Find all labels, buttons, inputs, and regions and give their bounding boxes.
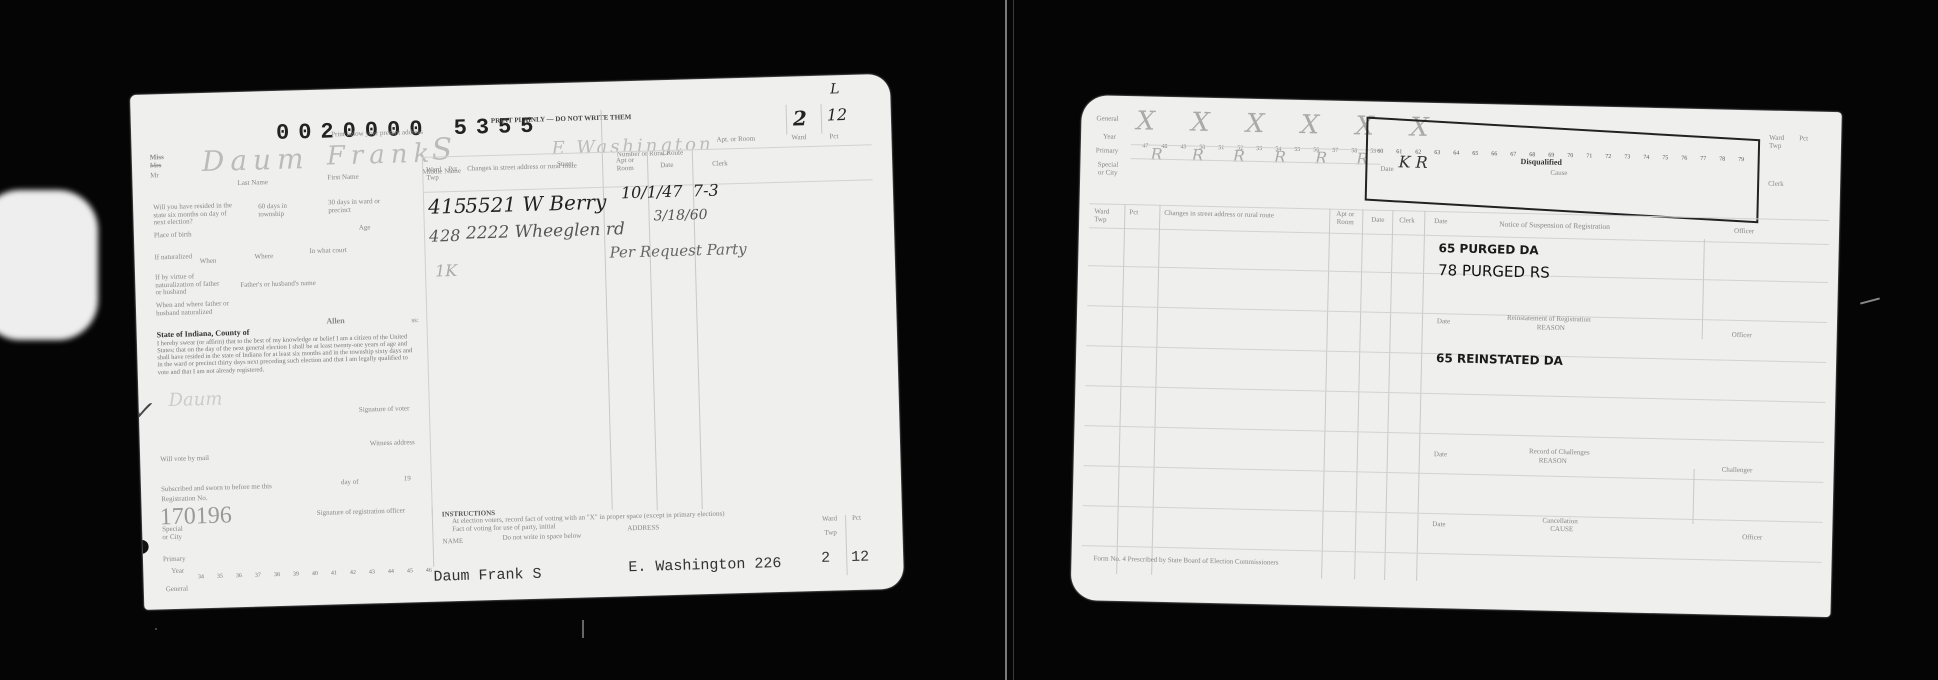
divider	[821, 104, 823, 134]
registration-card-front: 0020000 5355 PRINT PLAINLY — DO NOT WRIT…	[130, 74, 904, 610]
change-row-3-clerk: Per Request Party	[609, 240, 747, 262]
footer-pct-label: Pct	[852, 515, 861, 523]
township-residence-question: 60 days in township	[258, 202, 308, 219]
last-name-label: Last Name	[237, 179, 268, 188]
salutation-mrs: Mrs	[150, 162, 161, 170]
change-row-1-ward: 4	[428, 194, 441, 218]
primary-row-label: Primary	[1096, 147, 1119, 155]
row-divider	[1085, 385, 1825, 403]
state-residence-question: Will you have resided in the state six m…	[153, 202, 234, 227]
ward-label: Ward	[791, 134, 806, 142]
when-label: When	[200, 258, 217, 266]
back-header-date: Date	[1371, 217, 1384, 225]
stamp-reinstated-1965: 65 REINSTATED DA	[1436, 351, 1563, 368]
disqualified-marks: K R	[1398, 152, 1428, 172]
changes-header-clerk: Clerk	[712, 160, 728, 168]
changes-header-pct: Pct	[448, 166, 457, 174]
year-cell: 74	[1637, 155, 1656, 161]
cancellation-cause-label: CAUSE	[1550, 526, 1573, 534]
registration-card-back: General Year Primary Special or City X X…	[1071, 95, 1842, 617]
year-prefix: 19	[404, 475, 411, 483]
typed-ward: 2	[821, 550, 830, 567]
disqualified-label: Disqualified	[1521, 157, 1563, 167]
year-cell: 44	[381, 569, 400, 576]
year-row: 34353637383940414243444546	[191, 559, 438, 584]
address-label: ADDRESS	[627, 524, 659, 533]
film-scratch	[582, 620, 584, 638]
changes-header-apt: Apt or Room	[610, 157, 640, 173]
year-cell: 40	[305, 571, 324, 578]
row-divider	[1084, 465, 1824, 483]
punch-hole	[134, 540, 148, 554]
do-not-write-label: Do not write in space below	[502, 533, 581, 543]
will-vote-label: Will vote by mail	[160, 455, 209, 464]
divider	[432, 507, 435, 567]
suspension-officer-label: Officer	[1734, 228, 1754, 236]
year-cell: 64	[1447, 150, 1466, 156]
corner-check-mark: L	[830, 81, 840, 97]
year-cell: 45	[400, 568, 419, 575]
change-row-1-clerk: 7-3	[693, 181, 719, 201]
column-divider	[647, 151, 658, 511]
stamp-purged-1965: 65 PURGED DA	[1438, 241, 1538, 257]
column-divider	[1692, 469, 1694, 524]
place-of-birth-label: Place of birth	[154, 231, 194, 240]
reinstatement-date-label: Date	[1437, 318, 1450, 326]
change-row-2-address: 2222 Wheeglen rd	[466, 219, 625, 243]
salutation-mr: Mr	[150, 172, 159, 180]
column-divider	[1384, 210, 1393, 580]
reinstatement-reason-label: REASON	[1537, 324, 1565, 332]
witness-address-label: Witness address	[370, 439, 415, 448]
changes-header-date: Date	[660, 162, 673, 170]
middle-initial-handwritten: S	[431, 132, 453, 168]
change-row-1-address: 5521 W Berry	[465, 190, 607, 218]
year-cell: 66	[1485, 151, 1504, 157]
subscribed-label: Subscribed and sworn to before me this	[161, 483, 272, 494]
first-name-label: First Name	[327, 174, 359, 183]
year-cell: 38	[267, 572, 286, 579]
column-divider	[1321, 209, 1330, 579]
apt-label: Apt. or Room	[716, 136, 755, 145]
voter-signature: Daum	[168, 389, 222, 411]
day-of-label: day of	[341, 479, 359, 487]
change-row-2-ward: 4	[429, 226, 440, 245]
challenger-label: Challenger	[1722, 467, 1753, 475]
name-label: NAME	[443, 538, 464, 546]
change-row-1-pct: 15	[441, 194, 467, 219]
county-value: Allen	[326, 317, 344, 326]
ward-twp-label: Ward Twp	[1769, 135, 1789, 151]
clerk-label-back: Clerk	[1768, 181, 1784, 189]
form-footer: Form No. 4 Prescribed by State Board of …	[1093, 555, 1278, 567]
father-name-label: Father's or husband's name	[240, 280, 316, 290]
back-header-pct: Pct	[1129, 209, 1138, 217]
voter-signature-mark: ✓	[130, 396, 153, 427]
when-where-father-label: When and where father or husband natural…	[156, 300, 246, 318]
pct-label-back: Pct	[1799, 135, 1808, 143]
back-header-clerk: Clerk	[1399, 217, 1415, 225]
year-cell: 72	[1599, 154, 1618, 160]
typed-address: E. Washington 226	[628, 555, 781, 576]
footer-twp-label: Twp	[824, 529, 837, 537]
ss-label: ss:	[411, 317, 419, 325]
ward-residence-question: 30 days in ward or precinct	[328, 198, 398, 215]
column-divider	[1416, 211, 1425, 581]
year-label: Year	[171, 568, 184, 576]
where-label: Where	[254, 253, 273, 261]
date-label: Date	[1380, 166, 1393, 174]
back-header-ward: Ward Twp	[1094, 208, 1119, 224]
year-cell: 77	[1694, 156, 1713, 162]
first-name-handwritten: Frank	[326, 139, 435, 172]
suspension-date-label: Date	[1434, 218, 1447, 226]
special-row-label: Special or City	[1095, 161, 1120, 177]
year-cell: 76	[1675, 155, 1694, 161]
change-row-2-date: 3/18/60	[653, 207, 707, 225]
special-city-label: Special or City	[162, 526, 187, 542]
court-label: In what court	[309, 247, 347, 256]
by-virtue-label: If by virtue of naturalization of father…	[155, 273, 221, 298]
row-divider	[1087, 305, 1827, 323]
typed-name: Daum Frank S	[433, 566, 541, 586]
changes-header-ward: Ward Twp	[426, 166, 446, 182]
column-divider	[1151, 205, 1160, 575]
pct-value: 12	[827, 105, 848, 125]
cancellation-officer-label: Officer	[1742, 534, 1762, 542]
adjacent-card-fragment	[0, 190, 98, 340]
year-cell: 36	[229, 573, 248, 580]
signature-of-voter-label: Signature of voter	[359, 405, 410, 414]
naturalized-label: If naturalized	[154, 253, 194, 262]
changes-header-address: Changes in street address or rural route	[467, 162, 597, 173]
year-cell: 42	[343, 570, 362, 577]
typed-pct: 12	[851, 549, 869, 566]
general-row-label: General	[1096, 115, 1118, 123]
general-label: General	[166, 586, 188, 594]
year-cell: 39	[286, 571, 305, 578]
year-cell: 75	[1656, 155, 1675, 161]
stamp-purged-1978: 78 PURGED RS	[1438, 261, 1550, 282]
primary-label: Primary	[163, 556, 186, 564]
year-cell: 65	[1466, 151, 1485, 157]
year-row-label: Year	[1103, 133, 1116, 141]
year-cell: 78	[1713, 156, 1732, 162]
year-cell: 41	[324, 570, 343, 577]
year-cell: 79	[1732, 157, 1751, 163]
year-cell: 35	[210, 573, 229, 580]
cause-label: Cause	[1550, 170, 1567, 178]
ward-value: 2	[793, 106, 808, 130]
column-divider	[1354, 209, 1363, 579]
film-frame-divider	[1005, 0, 1007, 680]
divider	[845, 515, 848, 575]
age-label: Age	[359, 224, 371, 232]
row-divider	[1083, 505, 1823, 523]
registration-officer-label: Signature of registration officer	[317, 507, 406, 517]
change-row-2-pct: 28	[440, 226, 461, 246]
column-divider	[1702, 239, 1705, 339]
year-cell: 73	[1618, 154, 1637, 160]
year-cell: 71	[1580, 153, 1599, 159]
back-header-apt: Apt or Room	[1334, 211, 1356, 227]
challenges-reason-label: REASON	[1539, 457, 1567, 465]
film-scratch	[1860, 297, 1880, 304]
year-cell: 70	[1561, 153, 1580, 159]
column-divider	[1116, 204, 1125, 574]
year-cell: 37	[248, 572, 267, 579]
year-cell: 60	[1371, 149, 1390, 155]
challenges-date-label: Date	[1434, 451, 1447, 459]
divider	[786, 105, 788, 135]
oath-text: I hereby swear (or affirm) that to the b…	[157, 333, 418, 376]
pct-label: Pct	[829, 133, 838, 141]
column-divider	[692, 149, 703, 509]
reinstatement-officer-label: Officer	[1732, 332, 1752, 340]
change-row-1-date: 10/1/47	[621, 182, 683, 203]
year-cell: 63	[1428, 150, 1447, 156]
last-name-handwritten: Daum	[201, 142, 310, 178]
film-speck	[155, 628, 157, 630]
film-frame-divider-secondary	[1013, 0, 1014, 680]
row-divider	[1084, 425, 1824, 443]
suspension-header: Notice of Suspension of Registration	[1499, 220, 1610, 231]
year-cell: 34	[191, 574, 210, 581]
change-row-3-address: 1K	[435, 261, 458, 281]
cancellation-date-label: Date	[1432, 521, 1445, 529]
year-cell: 43	[362, 569, 381, 576]
footer-ward-label: Ward	[822, 515, 837, 523]
back-header-address: Changes in street address or rural route	[1164, 210, 1274, 220]
